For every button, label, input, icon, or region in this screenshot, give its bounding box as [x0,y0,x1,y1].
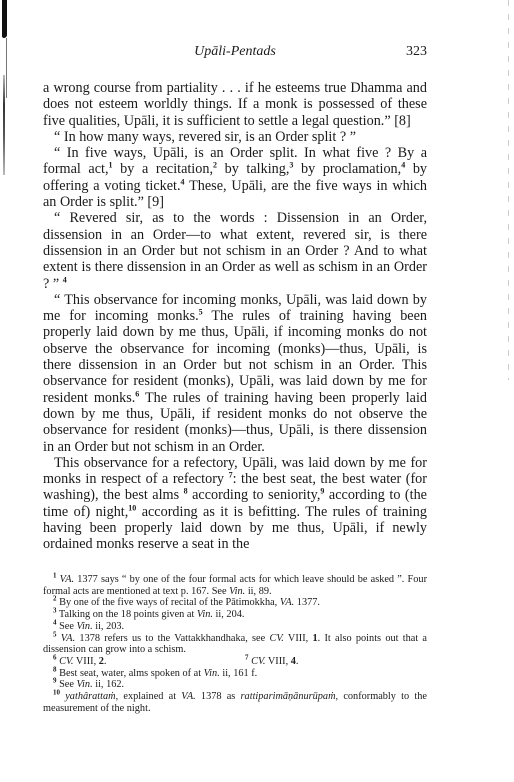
footnote-4: 4 See Vin. ii, 203. [43,621,427,633]
footnote-8: 8 Best seat, water, alms spoken of at Vi… [43,668,427,680]
footnote-6: 6 CV. VIII, 2. [43,656,235,668]
paragraph: “ Revered sir, as to the words : Dissens… [43,210,427,291]
footnote-10: 10 yathârattaṁ, explained at VA. 1378 as… [43,691,427,714]
paragraph: a wrong course from partiality . . . if … [43,80,427,129]
footnote-3: 3 Talking on the 18 points given at Vin.… [43,609,427,621]
body-text: a wrong course from partiality . . . if … [43,80,427,553]
footnote-2: 2 By one of the five ways of recital of … [43,597,427,609]
paragraph: “ This observance for incoming monks, Up… [43,292,427,455]
paragraph: “ In how many ways, revered sir, is an O… [43,129,427,145]
footnote-7: 7 CV. VIII, 4. [235,656,427,668]
running-title: Upāli-Pentads [43,44,427,60]
footnotes: 1 VA. 1377 says “ by one of the four for… [43,574,427,714]
footnote-9: 9 See Vin. ii, 162. [43,679,427,691]
scan-edge-right [508,0,509,380]
footnote-5: 5 VA. 1378 refers us to the Vattakkhandh… [43,633,427,656]
page-number: 323 [406,44,427,60]
footnote-1: 1 VA. 1377 says “ by one of the four for… [43,574,427,597]
scan-edge-shadow [3,75,5,175]
footnote-ref[interactable]: 4 [63,275,67,284]
footnote-row-6-7: 6 CV. VIII, 2. 7 CV. VIII, 4. [43,656,427,668]
page-header: Upāli-Pentads 323 [43,44,427,64]
paragraph: “ In five ways, Upāli, is an Order split… [43,145,427,210]
paragraph: This observance for a refectory, Upāli, … [43,455,427,553]
